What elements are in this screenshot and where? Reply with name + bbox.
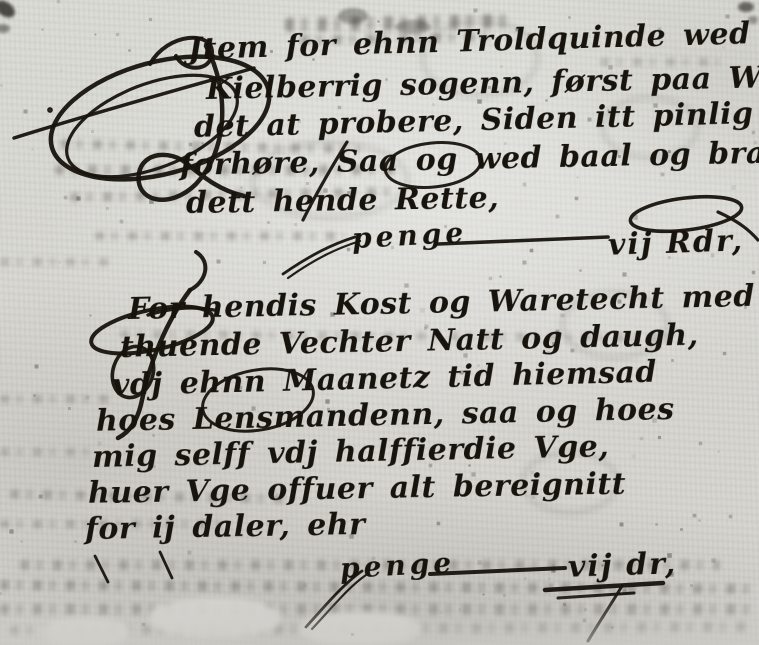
amount-label: penge <box>351 216 468 255</box>
ink-smudge <box>338 8 368 24</box>
manuscript-page: Jtem for ehnn Troldquinde wed Kielberrig… <box>0 0 759 645</box>
bleedthrough-streak <box>0 448 95 456</box>
amount-label: penge <box>339 546 456 585</box>
manuscript-line: dett hende Rette, <box>186 181 500 221</box>
bleedthrough-streak <box>0 258 110 266</box>
ink-smudge <box>0 0 18 21</box>
paper-speckles <box>0 0 1 1</box>
manuscript-line: for ij daler, ehr <box>85 507 366 547</box>
bleedthrough-streak <box>0 395 110 403</box>
ink-smudge <box>738 2 754 12</box>
amount-value: vij Rdr, <box>607 223 744 263</box>
bottom-wash <box>0 593 759 645</box>
bleedthrough-streak <box>95 232 345 240</box>
ink-smudge <box>0 24 10 33</box>
amount-value: vij dr, <box>567 546 677 585</box>
